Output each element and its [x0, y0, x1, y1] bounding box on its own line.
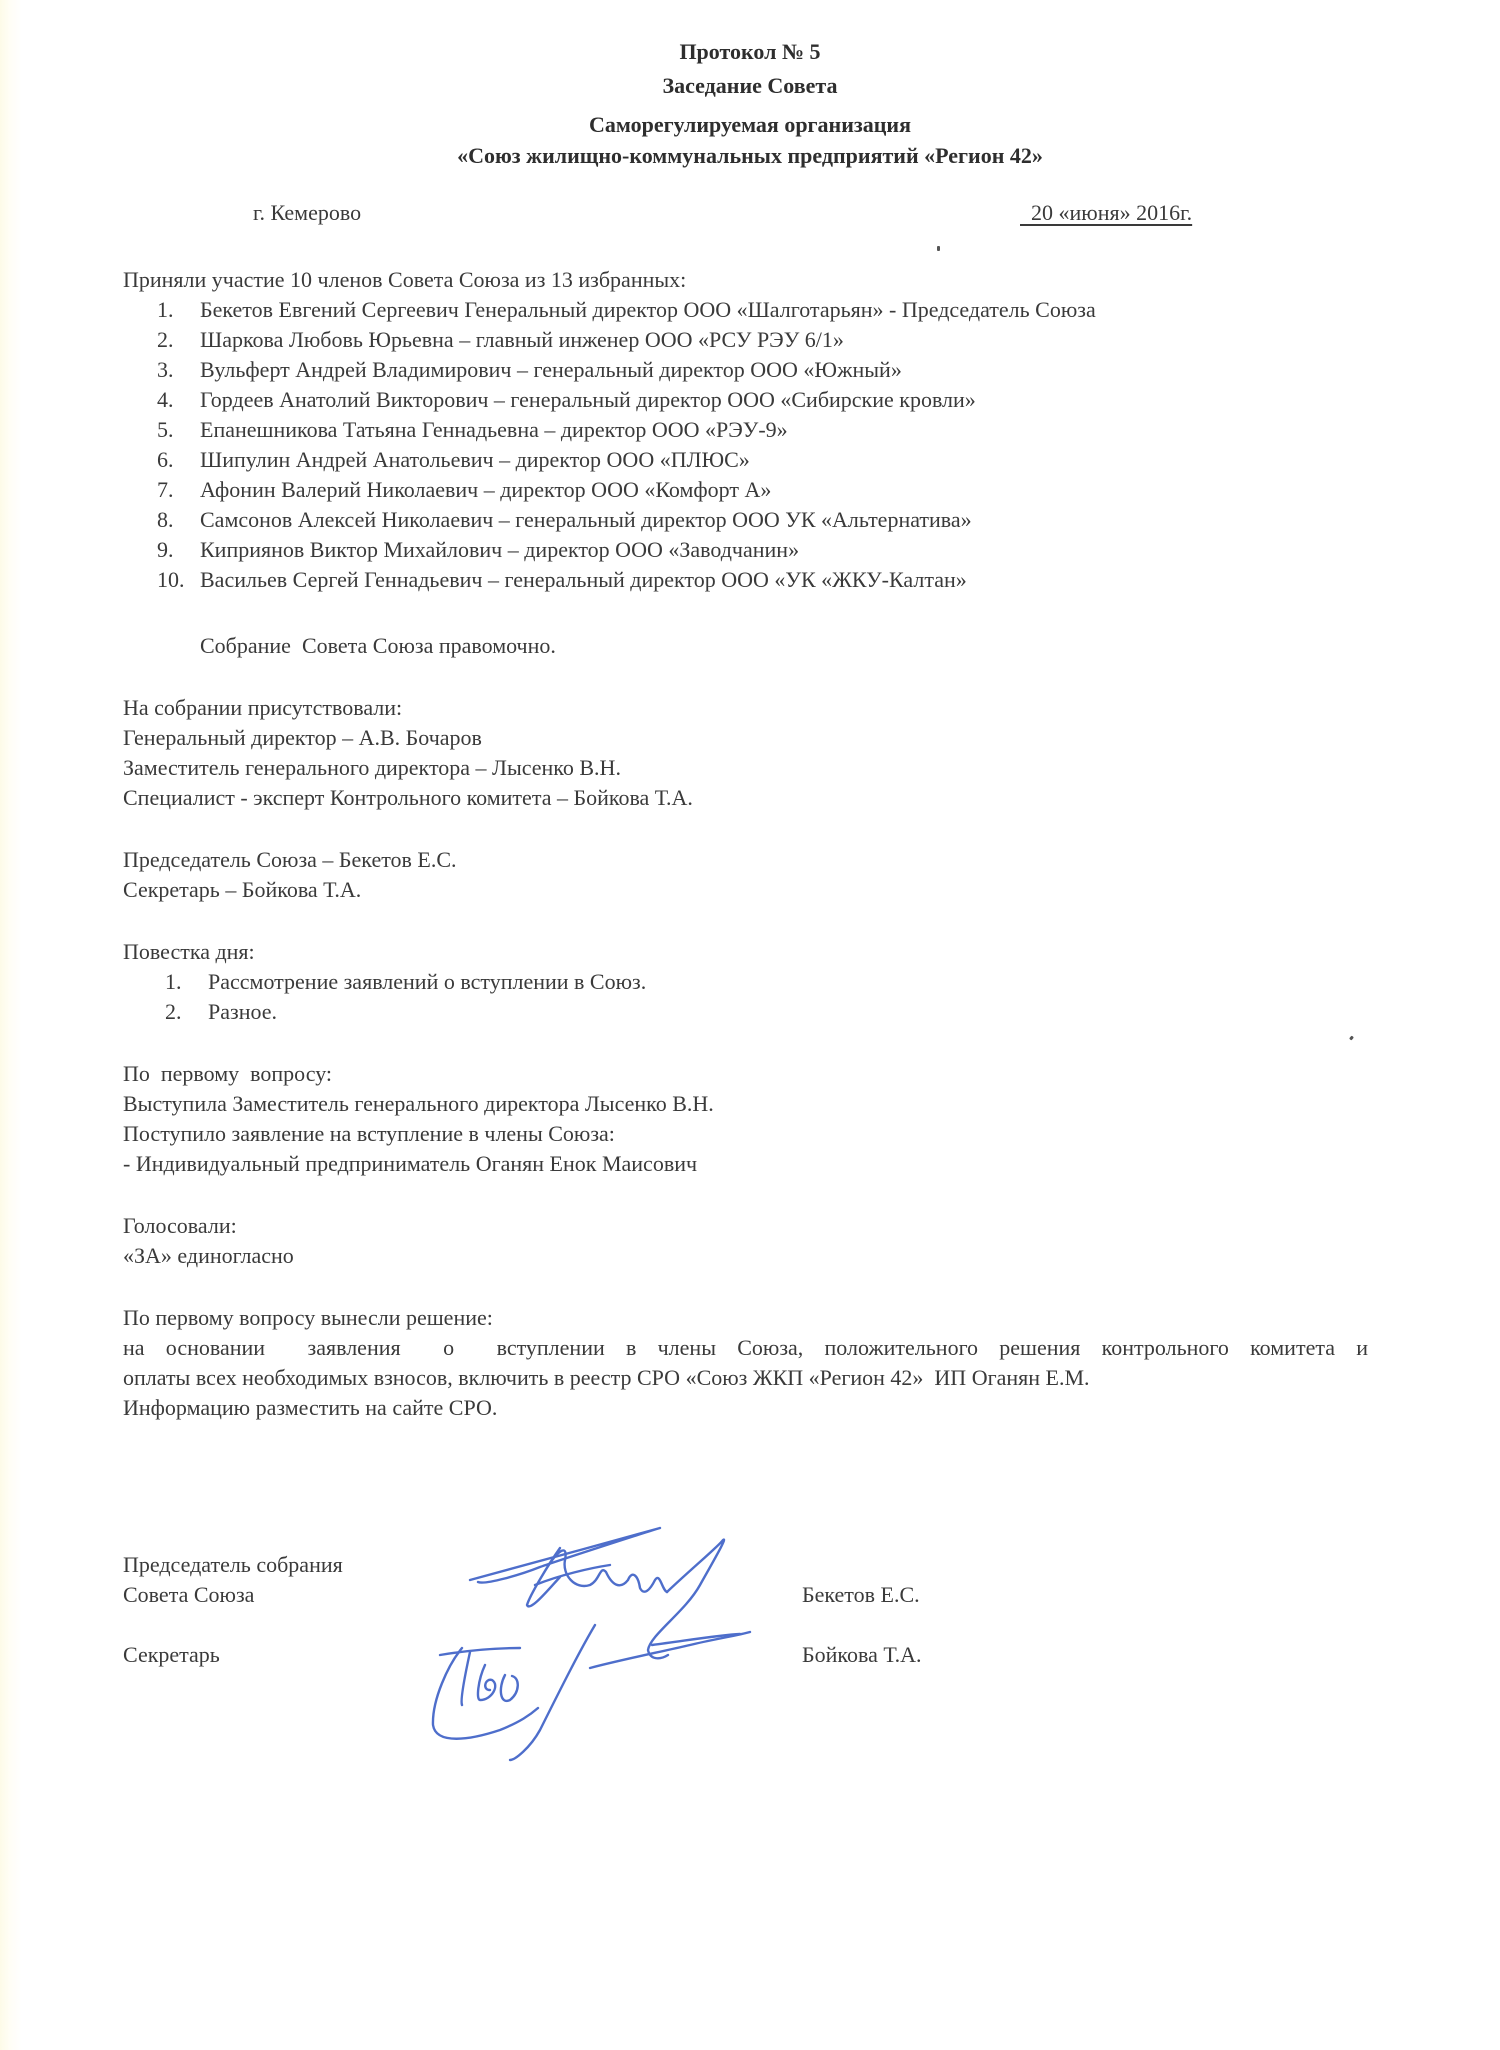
document-page: Протокол № 5 Заседание Совета Саморегули…: [0, 0, 1500, 2050]
handwritten-signatures: [0, 0, 1500, 2050]
secretary-signature-icon: [433, 1625, 750, 1760]
chair-signature-icon: [470, 1528, 740, 1658]
